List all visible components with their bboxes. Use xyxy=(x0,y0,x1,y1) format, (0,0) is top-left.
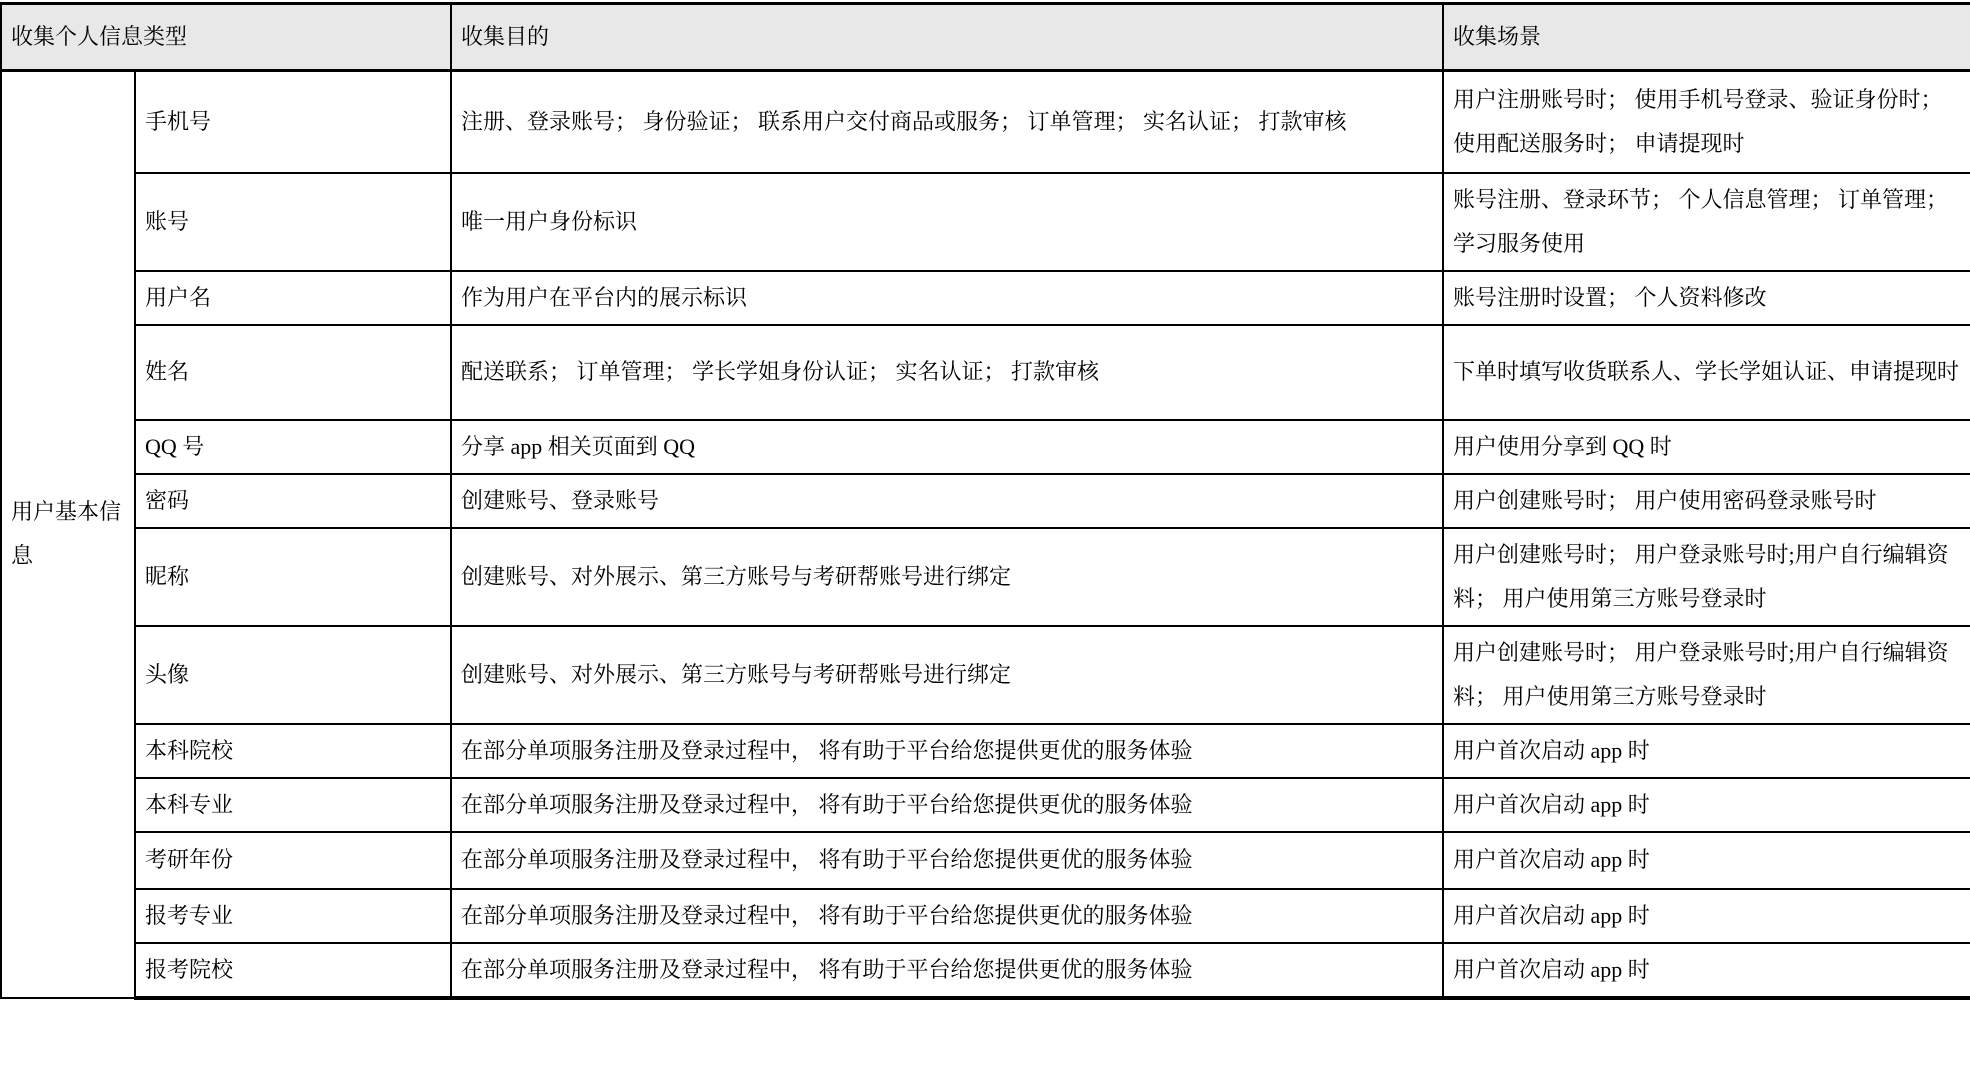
scenario-cell: 用户首次启动 app 时 xyxy=(1443,778,1970,832)
table-row: QQ 号分享 app 相关页面到 QQ用户使用分享到 QQ 时 xyxy=(1,420,1970,474)
item-cell: QQ 号 xyxy=(135,420,451,474)
scenario-cell: 用户首次启动 app 时 xyxy=(1443,943,1970,998)
scenario-cell: 用户注册账号时； 使用手机号登录、验证身份时； 使用配送服务时； 申请提现时 xyxy=(1443,71,1970,173)
header-collection-type: 收集个人信息类型 xyxy=(1,4,451,71)
purpose-cell: 注册、登录账号； 身份验证； 联系用户交付商品或服务； 订单管理； 实名认证； … xyxy=(451,71,1443,173)
table-row: 报考院校在部分单项服务注册及登录过程中， 将有助于平台给您提供更优的服务体验用户… xyxy=(1,943,1970,998)
scenario-cell: 账号注册时设置； 个人资料修改 xyxy=(1443,271,1970,325)
item-cell: 报考专业 xyxy=(135,889,451,943)
purpose-cell: 配送联系； 订单管理； 学长学姐身份认证； 实名认证； 打款审核 xyxy=(451,325,1443,420)
table-row: 密码创建账号、登录账号用户创建账号时； 用户使用密码登录账号时 xyxy=(1,474,1970,528)
purpose-cell: 在部分单项服务注册及登录过程中， 将有助于平台给您提供更优的服务体验 xyxy=(451,778,1443,832)
scenario-cell: 用户首次启动 app 时 xyxy=(1443,889,1970,943)
scenario-cell: 用户使用分享到 QQ 时 xyxy=(1443,420,1970,474)
item-cell: 账号 xyxy=(135,173,451,271)
table-row: 用户基本信息手机号注册、登录账号； 身份验证； 联系用户交付商品或服务； 订单管… xyxy=(1,71,1970,173)
item-cell: 考研年份 xyxy=(135,832,451,889)
table-row: 账号唯一用户身份标识账号注册、登录环节； 个人信息管理； 订单管理； 学习服务使… xyxy=(1,173,1970,271)
category-cell: 用户基本信息 xyxy=(1,71,135,998)
table-row: 本科院校在部分单项服务注册及登录过程中， 将有助于平台给您提供更优的服务体验用户… xyxy=(1,724,1970,778)
purpose-cell: 在部分单项服务注册及登录过程中， 将有助于平台给您提供更优的服务体验 xyxy=(451,832,1443,889)
scenario-cell: 用户创建账号时； 用户登录账号时;用户自行编辑资料； 用户使用第三方账号登录时 xyxy=(1443,626,1970,724)
item-cell: 本科院校 xyxy=(135,724,451,778)
purpose-cell: 创建账号、对外展示、第三方账号与考研帮账号进行绑定 xyxy=(451,626,1443,724)
header-collection-scenario: 收集场景 xyxy=(1443,4,1970,71)
scenario-cell: 用户创建账号时； 用户登录账号时;用户自行编辑资料； 用户使用第三方账号登录时 xyxy=(1443,528,1970,626)
header-collection-purpose: 收集目的 xyxy=(451,4,1443,71)
scenario-cell: 账号注册、登录环节； 个人信息管理； 订单管理； 学习服务使用 xyxy=(1443,173,1970,271)
purpose-cell: 在部分单项服务注册及登录过程中， 将有助于平台给您提供更优的服务体验 xyxy=(451,889,1443,943)
item-cell: 本科专业 xyxy=(135,778,451,832)
item-cell: 密码 xyxy=(135,474,451,528)
table-row: 用户名作为用户在平台内的展示标识账号注册时设置； 个人资料修改 xyxy=(1,271,1970,325)
scenario-cell: 用户首次启动 app 时 xyxy=(1443,724,1970,778)
item-cell: 姓名 xyxy=(135,325,451,420)
table-row: 头像创建账号、对外展示、第三方账号与考研帮账号进行绑定用户创建账号时； 用户登录… xyxy=(1,626,1970,724)
table-row: 姓名配送联系； 订单管理； 学长学姐身份认证； 实名认证； 打款审核下单时填写收… xyxy=(1,325,1970,420)
purpose-cell: 在部分单项服务注册及登录过程中， 将有助于平台给您提供更优的服务体验 xyxy=(451,943,1443,998)
table-row: 报考专业在部分单项服务注册及登录过程中， 将有助于平台给您提供更优的服务体验用户… xyxy=(1,889,1970,943)
table-row: 昵称创建账号、对外展示、第三方账号与考研帮账号进行绑定用户创建账号时； 用户登录… xyxy=(1,528,1970,626)
table-row: 考研年份在部分单项服务注册及登录过程中， 将有助于平台给您提供更优的服务体验用户… xyxy=(1,832,1970,889)
table-header-row: 收集个人信息类型 收集目的 收集场景 xyxy=(1,4,1970,71)
item-cell: 手机号 xyxy=(135,71,451,173)
item-cell: 用户名 xyxy=(135,271,451,325)
privacy-collection-document: 收集个人信息类型 收集目的 收集场景 用户基本信息手机号注册、登录账号； 身份验… xyxy=(0,2,1970,1000)
purpose-cell: 唯一用户身份标识 xyxy=(451,173,1443,271)
item-cell: 报考院校 xyxy=(135,943,451,998)
purpose-cell: 分享 app 相关页面到 QQ xyxy=(451,420,1443,474)
purpose-cell: 创建账号、对外展示、第三方账号与考研帮账号进行绑定 xyxy=(451,528,1443,626)
personal-info-collection-table: 收集个人信息类型 收集目的 收集场景 用户基本信息手机号注册、登录账号； 身份验… xyxy=(0,2,1970,1000)
item-cell: 头像 xyxy=(135,626,451,724)
scenario-cell: 用户首次启动 app 时 xyxy=(1443,832,1970,889)
purpose-cell: 创建账号、登录账号 xyxy=(451,474,1443,528)
scenario-cell: 用户创建账号时； 用户使用密码登录账号时 xyxy=(1443,474,1970,528)
purpose-cell: 作为用户在平台内的展示标识 xyxy=(451,271,1443,325)
item-cell: 昵称 xyxy=(135,528,451,626)
purpose-cell: 在部分单项服务注册及登录过程中， 将有助于平台给您提供更优的服务体验 xyxy=(451,724,1443,778)
table-row: 本科专业在部分单项服务注册及登录过程中， 将有助于平台给您提供更优的服务体验用户… xyxy=(1,778,1970,832)
scenario-cell: 下单时填写收货联系人、学长学姐认证、申请提现时 xyxy=(1443,325,1970,420)
